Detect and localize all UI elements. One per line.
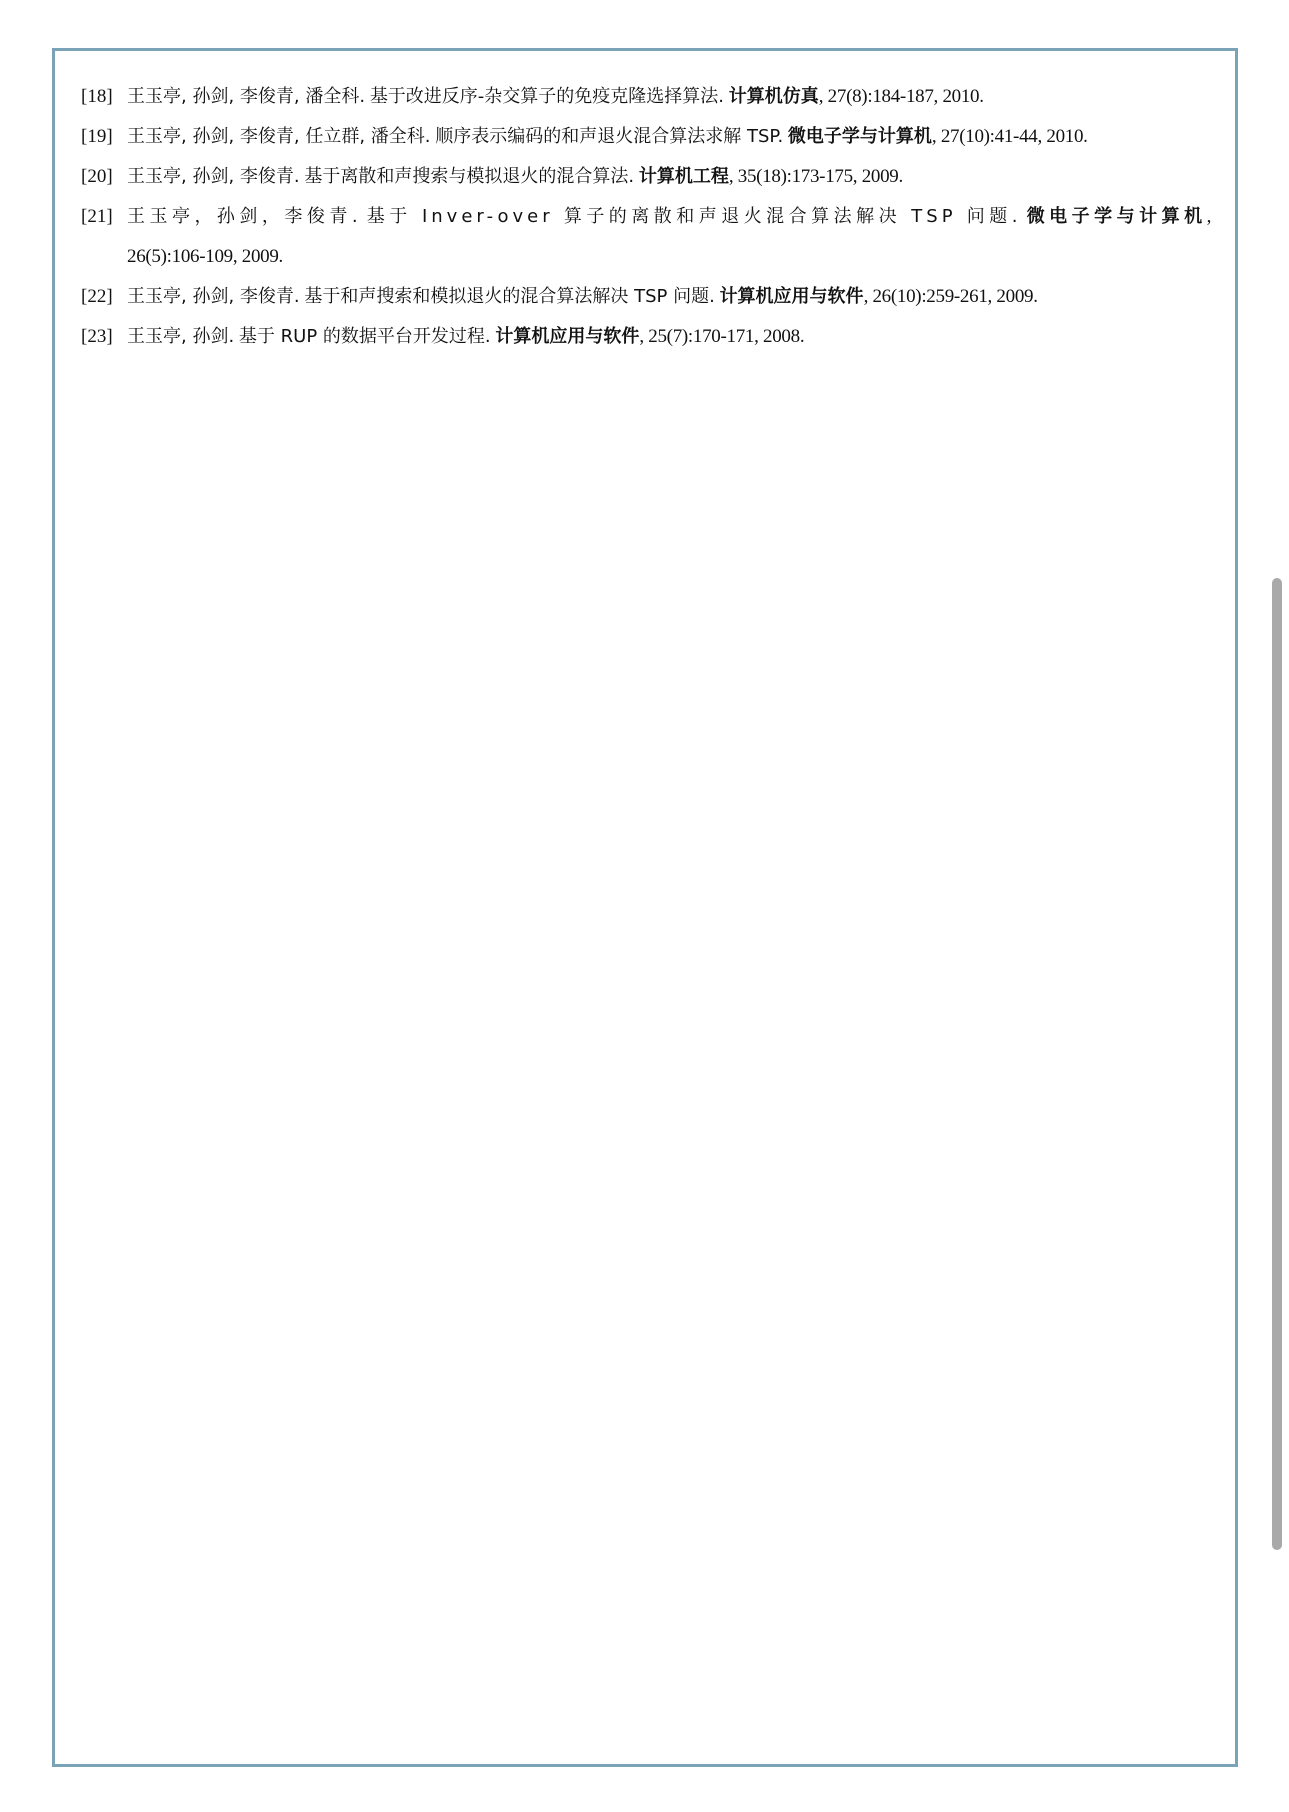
reference-title: 基于 RUP 的数据平台开发过程. xyxy=(239,326,491,347)
reference-authors: 王玉亭，孙剑，李俊青. xyxy=(127,206,362,227)
reference-item-20: [20] 王玉亭, 孙剑, 李俊青. 基于离散和声搜索与模拟退火的混合算法. 计… xyxy=(81,157,1211,197)
reference-details: , 27(8):184-187, 2010. xyxy=(819,86,984,107)
reference-item-18: [18] 王玉亭, 孙剑, 李俊青, 潘全科. 基于改进反序-杂交算子的免疫克隆… xyxy=(81,77,1211,117)
reference-journal: 计算机应用与软件 xyxy=(495,326,639,347)
reference-number: [23] xyxy=(81,317,113,357)
reference-title: 顺序表示编码的和声退火混合算法求解 TSP. xyxy=(435,126,783,147)
reference-journal: 微电子学与计算机 xyxy=(788,126,932,147)
reference-item-19: [19] 王玉亭, 孙剑, 李俊青, 任立群, 潘全科. 顺序表示编码的和声退火… xyxy=(81,117,1211,157)
reference-journal: 计算机仿真 xyxy=(729,86,819,107)
reference-authors: 王玉亭, 孙剑, 李俊青. xyxy=(127,286,300,307)
reference-title: 基于离散和声搜索与模拟退火的混合算法. xyxy=(304,166,634,187)
reference-number: [19] xyxy=(81,117,113,157)
reference-title: 基于 Inver-over 算子的离散和声退火混合算法解决 TSP 问题. xyxy=(367,206,1022,227)
reference-details: , 27(10):41-44, 2010. xyxy=(932,126,1088,147)
vertical-scrollbar[interactable] xyxy=(1268,570,1282,1560)
reference-number: [20] xyxy=(81,157,113,197)
document-page: [18] 王玉亭, 孙剑, 李俊青, 潘全科. 基于改进反序-杂交算子的免疫克隆… xyxy=(52,48,1238,1767)
reference-number: [18] xyxy=(81,77,113,117)
reference-item-22: [22] 王玉亭, 孙剑, 李俊青. 基于和声搜索和模拟退火的混合算法解决 TS… xyxy=(81,277,1211,317)
reference-authors: 王玉亭, 孙剑, 李俊青, 任立群, 潘全科. xyxy=(127,126,431,147)
reference-number: [22] xyxy=(81,277,113,317)
reference-details: , 25(7):170-171, 2008. xyxy=(639,326,804,347)
reference-item-23: [23] 王玉亭, 孙剑. 基于 RUP 的数据平台开发过程. 计算机应用与软件… xyxy=(81,317,1211,357)
reference-details: , 35(18):173-175, 2009. xyxy=(729,166,903,187)
reference-number: [21] xyxy=(81,197,113,237)
reference-journal: 微电子学与计算机 xyxy=(1027,206,1207,227)
scrollbar-thumb[interactable] xyxy=(1272,578,1282,1550)
reference-journal: 计算机应用与软件 xyxy=(720,286,864,307)
reference-item-21: [21] 王玉亭，孙剑，李俊青. 基于 Inver-over 算子的离散和声退火… xyxy=(81,197,1211,277)
reference-journal: 计算机工程 xyxy=(639,166,729,187)
reference-title: 基于改进反序-杂交算子的免疫克隆选择算法. xyxy=(370,86,724,107)
reference-list: [18] 王玉亭, 孙剑, 李俊青, 潘全科. 基于改进反序-杂交算子的免疫克隆… xyxy=(81,77,1211,357)
reference-title: 基于和声搜索和模拟退火的混合算法解决 TSP 问题. xyxy=(304,286,714,307)
reference-authors: 王玉亭, 孙剑, 李俊青. xyxy=(127,166,300,187)
reference-authors: 王玉亭, 孙剑. xyxy=(127,326,234,347)
reference-details: , 26(10):259-261, 2009. xyxy=(864,286,1038,307)
reference-authors: 王玉亭, 孙剑, 李俊青, 潘全科. xyxy=(127,86,365,107)
